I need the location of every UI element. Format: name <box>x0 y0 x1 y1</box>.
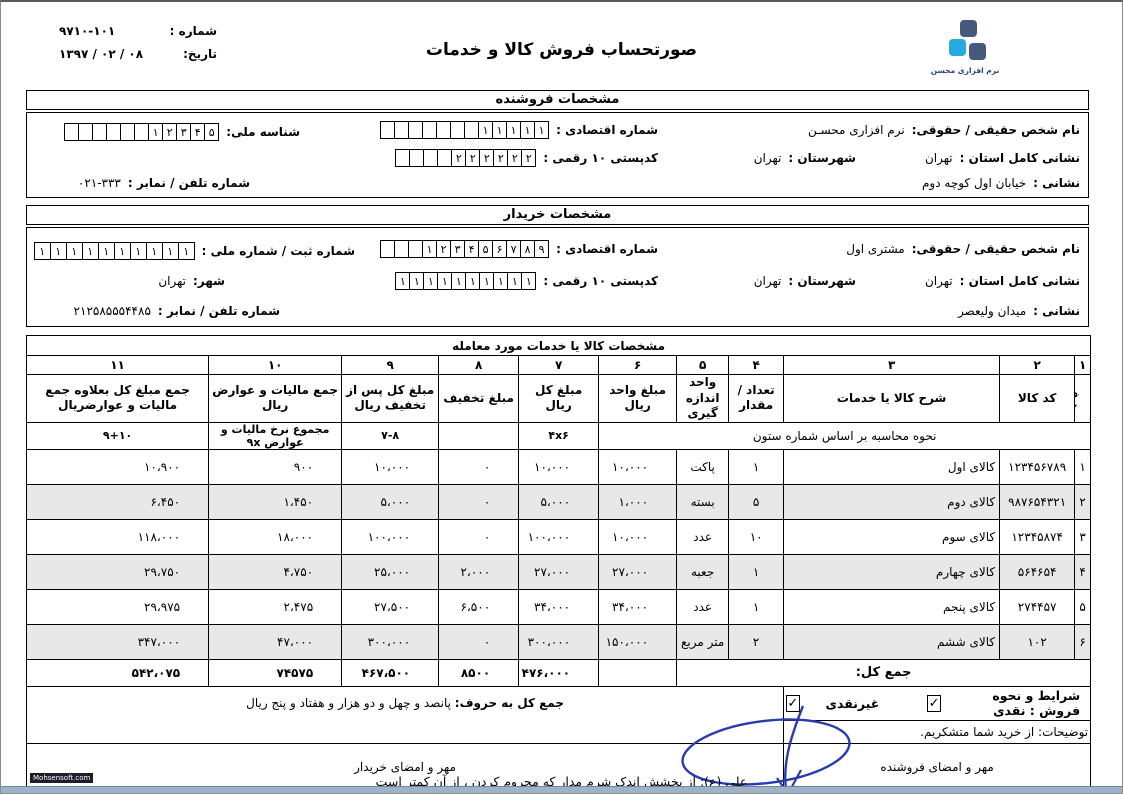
seller-county-label: شهرستان : <box>788 151 856 165</box>
invoice-number-value: ۹۷۱۰-۱۰۱ <box>59 24 115 38</box>
invoice-number-label: شماره : <box>170 24 217 38</box>
cell-discount: ۰ <box>439 484 519 519</box>
totals-grand: ۵۴۲،۰۷۵ <box>27 659 209 686</box>
cell-after-discount: ۲۷،۵۰۰ <box>342 589 439 624</box>
seller-phone-row: شماره تلفن / نمابر : ۰۲۱-۳۳۳ <box>78 176 250 190</box>
cell-grand: ۱۱۸،۰۰۰ <box>27 519 209 554</box>
buyer-economic-code-boxes: ۱۲۳۴۵۶۷۸۹ <box>381 240 549 258</box>
header-unit-price: مبلغ واحد ریال <box>599 375 677 423</box>
cash-checkbox[interactable]: ✓ <box>927 695 940 712</box>
notes-cell: توضیحات: از خرید شما متشکریم. <box>784 720 1091 743</box>
amount-in-words-value: پانصد و چهل و دو هزار و هفتاد و پنج ریال <box>246 696 451 710</box>
cell-tax: ۱،۴۵۰ <box>209 484 342 519</box>
sale-terms-cash-label: شرایط و نحوه فروش : نقدی <box>967 688 1080 718</box>
table-row: ۶ ۱۰۲ کالای ششم ۲ متر مربع ۱۵۰،۰۰۰ ۳۰۰،۰… <box>27 624 1091 659</box>
cell-desc: کالای ششم <box>784 624 1000 659</box>
items-section-title: مشخصات کالا یا خدمات مورد معامله <box>27 336 1091 356</box>
cell-discount: ۰ <box>439 519 519 554</box>
totals-label: جمع کل: <box>677 659 1091 686</box>
col-num-6: ۶ <box>599 356 677 375</box>
cell-grand: ۳۴۷،۰۰۰ <box>27 624 209 659</box>
formula-tax: مجموع نرخ مالیات و عوارض ۹x <box>209 422 342 449</box>
buyer-phone-row: شماره تلفن / نمابر : ۲۱۲۵۸۵۵۵۴۴۸۵ <box>74 304 280 318</box>
header-qty: تعداد / مقدار <box>729 375 784 423</box>
cell-total: ۵،۰۰۰ <box>519 484 599 519</box>
seller-province-value: تهران <box>925 151 953 165</box>
seller-province-row: نشانی کامل استان : تهران شهرستان : تهران <box>754 151 1080 165</box>
cell-tax: ۱۸،۰۰۰ <box>209 519 342 554</box>
cell-idx: ۳ <box>1075 519 1091 554</box>
seller-county-value: تهران <box>754 151 782 165</box>
seller-economic-code-label: شماره اقتصادی : <box>556 123 658 137</box>
seller-postal-row: کدپستی ۱۰ رقمی : ۲۲۲۲۲۲ <box>396 149 658 167</box>
cell-qty: ۱ <box>729 449 784 484</box>
buyer-registration-boxes: ۱۱۱۱۱۱۱۱۱۱ <box>35 242 195 260</box>
table-header-row: ردیف کد کالا شرح کالا یا خدمات تعداد / م… <box>27 375 1091 423</box>
cell-code: ۹۸۷۶۵۴۳۲۱ <box>1000 484 1075 519</box>
buyer-province-row: نشانی کامل استان : تهران شهرستان : تهران <box>754 274 1080 288</box>
noncash-checkbox[interactable]: ✓ <box>786 695 799 712</box>
col-num-1: ۱ <box>1075 356 1091 375</box>
seller-postal-boxes: ۲۲۲۲۲۲ <box>396 149 536 167</box>
logo-squares-icon <box>920 18 1010 64</box>
buyer-postal-boxes: ۱۱۱۱۱۱۱۱۱۱ <box>396 272 536 290</box>
cell-tax: ۴،۷۵۰ <box>209 554 342 589</box>
cell-unit-price: ۲۷،۰۰۰ <box>599 554 677 589</box>
buyer-postal-label: کدپستی ۱۰ رقمی : <box>543 274 658 288</box>
buyer-name-row: نام شخص حقیقی / حقوقی: مشتری اول <box>846 242 1080 256</box>
cell-idx: ۵ <box>1075 589 1091 624</box>
buyer-section-title: مشخصات خریدار <box>26 205 1089 225</box>
formula-after-discount: ۷-۸ <box>342 422 439 449</box>
col-num-5: ۵ <box>677 356 729 375</box>
cell-desc: کالای اول <box>784 449 1000 484</box>
buyer-county-value: تهران <box>754 274 782 288</box>
notes-value: از خرید شما متشکریم. <box>920 725 1034 739</box>
cell-idx: ۴ <box>1075 554 1091 589</box>
seller-address-row: نشانی : خیابان اول کوچه دوم <box>922 176 1080 190</box>
amount-in-words-label: جمع کل به حروف: <box>455 696 564 710</box>
totals-after-discount: ۴۶۷،۵۰۰ <box>342 659 439 686</box>
cell-unit-price: ۳۴،۰۰۰ <box>599 589 677 624</box>
totals-tax: ۷۴۵۷۵ <box>209 659 342 686</box>
items-table: مشخصات کالا یا خدمات مورد معامله ۱ ۲ ۳ ۴… <box>26 335 1091 791</box>
column-numbers-row: ۱ ۲ ۳ ۴ ۵ ۶ ۷ ۸ ۹ ۱۰ ۱۱ <box>27 356 1091 375</box>
buyer-city-row: شهر: تهران <box>158 274 225 288</box>
cell-idx: ۱ <box>1075 449 1091 484</box>
cell-tax: ۲،۴۷۵ <box>209 589 342 624</box>
totals-discount: ۸۵۰۰ <box>439 659 519 686</box>
formula-discount <box>439 422 519 449</box>
cell-unit-price: ۱۵۰،۰۰۰ <box>599 624 677 659</box>
cell-after-discount: ۵،۰۰۰ <box>342 484 439 519</box>
cell-grand: ۶،۴۵۰ <box>27 484 209 519</box>
cell-discount: ۲،۰۰۰ <box>439 554 519 589</box>
cell-total: ۲۷،۰۰۰ <box>519 554 599 589</box>
buyer-registration-label: شماره ثبت / شماره ملی : <box>202 244 355 258</box>
notes-label: توضیحات: <box>1038 725 1088 739</box>
buyer-economic-code-label: شماره اقتصادی : <box>556 242 658 256</box>
table-row: ۱ ۱۲۳۴۵۶۷۸۹ کالای اول ۱ پاکت ۱۰،۰۰۰ ۱۰،۰… <box>27 449 1091 484</box>
col-num-4: ۴ <box>729 356 784 375</box>
seller-postal-label: کدپستی ۱۰ رقمی : <box>543 151 658 165</box>
seller-national-id-row: شناسه ملی: ۱۲۳۴۵ <box>65 123 300 141</box>
buyer-city-label: شهر: <box>193 274 225 288</box>
logo-text: نرم افزاری محسن <box>920 66 1010 75</box>
cell-unit: متر مربع <box>677 624 729 659</box>
col-num-11: ۱۱ <box>27 356 209 375</box>
seller-economic-code-boxes: ۱۱۱۱۱ <box>381 121 549 139</box>
invoice-page: شماره : ۹۷۱۰-۱۰۱ تاریخ: ۱۳۹۷ / ۰۲ / ۰۸ ص… <box>0 0 1123 794</box>
window-bottom-edge <box>1 786 1122 793</box>
items-section-title-row: مشخصات کالا یا خدمات مورد معامله <box>27 336 1091 356</box>
sale-terms-row: شرایط و نحوه فروش : نقدی ✓ غیرنقدی ✓ جمع… <box>27 686 1091 720</box>
cell-after-discount: ۱۰۰،۰۰۰ <box>342 519 439 554</box>
cell-total: ۱۰۰،۰۰۰ <box>519 519 599 554</box>
cell-discount: ۰ <box>439 449 519 484</box>
cell-discount: ۶،۵۰۰ <box>439 589 519 624</box>
buyer-name-value: مشتری اول <box>846 242 904 256</box>
col-num-8: ۸ <box>439 356 519 375</box>
header-idx: ردیف <box>1075 375 1091 423</box>
sale-terms-cell: شرایط و نحوه فروش : نقدی ✓ غیرنقدی ✓ <box>784 686 1091 720</box>
seller-info-box: نام شخص حقیقی / حقوقی: نرم افزاری محسـن … <box>26 112 1089 198</box>
header-after-discount: مبلغ کل پس از تخفیف ریال <box>342 375 439 423</box>
buyer-economic-code-row: شماره اقتصادی : ۱۲۳۴۵۶۷۸۹ <box>381 240 658 258</box>
buyer-city-value: تهران <box>158 274 186 288</box>
cell-qty: ۵ <box>729 484 784 519</box>
cell-total: ۳۰۰،۰۰۰ <box>519 624 599 659</box>
buyer-info-box: نام شخص حقیقی / حقوقی: مشتری اول شماره ا… <box>26 227 1089 327</box>
col-num-9: ۹ <box>342 356 439 375</box>
totals-total: ۴۷۶،۰۰۰ <box>519 659 599 686</box>
table-row: ۳ ۱۲۳۴۵۸۷۴ کالای سوم ۱۰ عدد ۱۰،۰۰۰ ۱۰۰،۰… <box>27 519 1091 554</box>
seller-phone-value: ۰۲۱-۳۳۳ <box>78 176 121 190</box>
calc-method-label: نحوه محاسبه بر اساس شماره ستون <box>599 422 1091 449</box>
buyer-name-label: نام شخص حقیقی / حقوقی: <box>912 242 1080 256</box>
seller-national-id-boxes: ۱۲۳۴۵ <box>65 123 219 141</box>
header-desc: شرح کالا یا خدمات <box>784 375 1000 423</box>
seller-economic-code-row: شماره اقتصادی : ۱۱۱۱۱ <box>381 121 658 139</box>
cell-grand: ۲۹،۹۷۵ <box>27 589 209 624</box>
buyer-province-value: تهران <box>925 274 953 288</box>
buyer-province-label: نشانی کامل استان : <box>960 274 1080 288</box>
cell-after-discount: ۱۰،۰۰۰ <box>342 449 439 484</box>
cell-unit-price: ۱۰،۰۰۰ <box>599 449 677 484</box>
company-logo: نرم افزاری محسن <box>920 18 1010 75</box>
table-row: ۲ ۹۸۷۶۵۴۳۲۱ کالای دوم ۵ بسته ۱،۰۰۰ ۵،۰۰۰… <box>27 484 1091 519</box>
cell-unit-price: ۱۰،۰۰۰ <box>599 519 677 554</box>
seller-phone-label: شماره تلفن / نمابر : <box>128 176 250 190</box>
cell-tax: ۹۰۰ <box>209 449 342 484</box>
sale-terms-noncash-label: غیرنقدی <box>826 696 880 711</box>
cell-code: ۱۲۳۴۵۶۷۸۹ <box>1000 449 1075 484</box>
cell-desc: کالای دوم <box>784 484 1000 519</box>
header-tax: جمع مالیات و عوارض ریال <box>209 375 342 423</box>
buyer-phone-label: شماره تلفن / نمابر : <box>158 304 280 318</box>
buyer-postal-row: کدپستی ۱۰ رقمی : ۱۱۱۱۱۱۱۱۱۱ <box>396 272 658 290</box>
buyer-address-label: نشانی : <box>1033 304 1080 318</box>
buyer-phone-value: ۲۱۲۵۸۵۵۵۴۴۸۵ <box>74 304 151 318</box>
header-total: مبلغ کل ریال <box>519 375 599 423</box>
cell-unit: عدد <box>677 589 729 624</box>
totals-row: جمع کل: ۴۷۶،۰۰۰ ۸۵۰۰ ۴۶۷،۵۰۰ ۷۴۵۷۵ ۵۴۲،۰… <box>27 659 1091 686</box>
buyer-address-row: نشانی : میدان ولیعصر <box>958 304 1080 318</box>
seller-section-title: مشخصات فروشنده <box>26 90 1089 110</box>
cell-code: ۵۶۴۶۵۴ <box>1000 554 1075 589</box>
seller-address-value: خیابان اول کوچه دوم <box>922 176 1026 190</box>
cell-idx: ۶ <box>1075 624 1091 659</box>
seller-name-label: نام شخص حقیقی / حقوقی: <box>912 123 1080 137</box>
header-grand: جمع مبلغ کل بعلاوه جمع مالیات و عوارضریا… <box>27 375 209 423</box>
cell-unit: بسته <box>677 484 729 519</box>
header-discount: مبلغ تخفیف <box>439 375 519 423</box>
col-num-10: ۱۰ <box>209 356 342 375</box>
cell-unit: پاکت <box>677 449 729 484</box>
buyer-address-value: میدان ولیعصر <box>958 304 1026 318</box>
header-code: کد کالا <box>1000 375 1075 423</box>
cell-grand: ۲۹،۷۵۰ <box>27 554 209 589</box>
col-num-3: ۳ <box>784 356 1000 375</box>
cell-qty: ۱ <box>729 589 784 624</box>
table-row: ۴ ۵۶۴۶۵۴ کالای چهارم ۱ جعبه ۲۷،۰۰۰ ۲۷،۰۰… <box>27 554 1091 589</box>
seller-name-value: نرم افزاری محسـن <box>808 123 905 137</box>
formula-total: ۴x۶ <box>519 422 599 449</box>
cell-code: ۲۷۴۴۵۷ <box>1000 589 1075 624</box>
col-num-7: ۷ <box>519 356 599 375</box>
seller-province-label: نشانی کامل استان : <box>960 151 1080 165</box>
formula-grand: ۹+۱۰ <box>27 422 209 449</box>
cell-code: ۱۰۲ <box>1000 624 1075 659</box>
invoice-number-row: شماره : ۹۷۱۰-۱۰۱ <box>59 24 217 38</box>
table-row: ۵ ۲۷۴۴۵۷ کالای پنجم ۱ عدد ۳۴،۰۰۰ ۳۴،۰۰۰ … <box>27 589 1091 624</box>
header-unit: واحد اندازه گیری <box>677 375 729 423</box>
cell-tax: ۴۷،۰۰۰ <box>209 624 342 659</box>
cell-qty: ۱ <box>729 554 784 589</box>
cell-idx: ۲ <box>1075 484 1091 519</box>
seller-address-label: نشانی : <box>1033 176 1080 190</box>
buyer-county-label: شهرستان : <box>788 274 856 288</box>
amount-in-words-cell: جمع کل به حروف: پانصد و چهل و دو هزار و … <box>27 686 784 743</box>
cell-desc: کالای چهارم <box>784 554 1000 589</box>
cell-qty: ۲ <box>729 624 784 659</box>
cell-grand: ۱۰،۹۰۰ <box>27 449 209 484</box>
buyer-registration-row: شماره ثبت / شماره ملی : ۱۱۱۱۱۱۱۱۱۱ <box>35 242 355 260</box>
cell-unit: جعبه <box>677 554 729 589</box>
seller-name-row: نام شخص حقیقی / حقوقی: نرم افزاری محسـن <box>808 123 1080 137</box>
calc-method-row: نحوه محاسبه بر اساس شماره ستون ۴x۶ ۷-۸ م… <box>27 422 1091 449</box>
cell-total: ۳۴،۰۰۰ <box>519 589 599 624</box>
cell-discount: ۰ <box>439 624 519 659</box>
col-num-2: ۲ <box>1000 356 1075 375</box>
cell-desc: کالای پنجم <box>784 589 1000 624</box>
cell-after-discount: ۳۰۰،۰۰۰ <box>342 624 439 659</box>
cell-code: ۱۲۳۴۵۸۷۴ <box>1000 519 1075 554</box>
cell-total: ۱۰،۰۰۰ <box>519 449 599 484</box>
seller-national-id-label: شناسه ملی: <box>226 125 300 139</box>
cell-desc: کالای سوم <box>784 519 1000 554</box>
totals-empty-cell <box>599 659 677 686</box>
cell-qty: ۱۰ <box>729 519 784 554</box>
cell-unit-price: ۱،۰۰۰ <box>599 484 677 519</box>
cell-unit: عدد <box>677 519 729 554</box>
cell-after-discount: ۲۵،۰۰۰ <box>342 554 439 589</box>
